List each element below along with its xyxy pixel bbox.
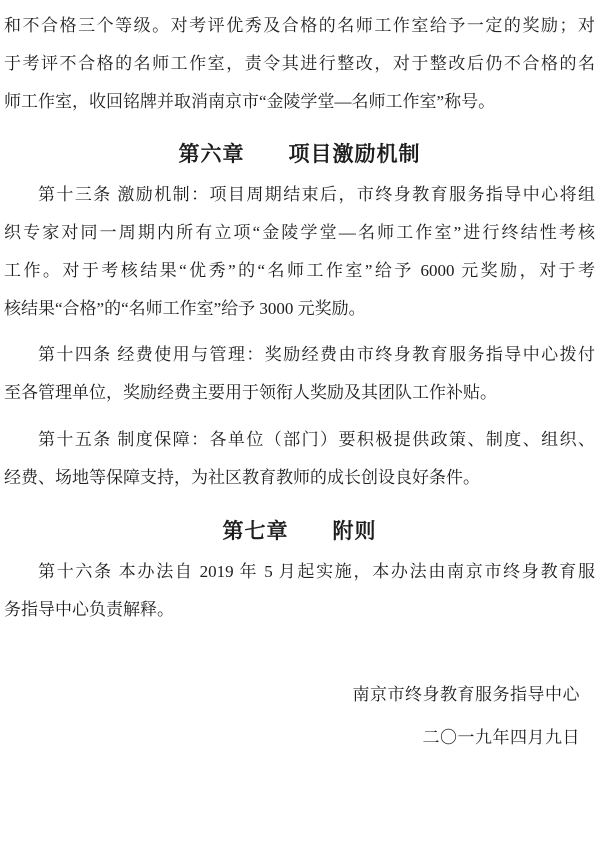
signature-org: 南京市终身教育服务指导中心	[4, 673, 580, 716]
paragraph-article-15: 第十五条 制度保障：各单位（部门）要积极提供政策、制度、组织、 经费、场地等保障…	[4, 421, 595, 497]
document-content: 和不合格三个等级。对考评优秀及合格的名师工作室给予一定的奖励；对 于考评不合格的…	[0, 0, 600, 759]
signature-date: 二〇一九年四月九日	[4, 716, 580, 759]
body-line: 第十六条 本办法自 2019 年 5 月起实施，本办法由南京市终身教育服	[4, 553, 595, 591]
body-line: 于考评不合格的名师工作室，责令其进行整改，对于整改后仍不合格的名	[4, 45, 595, 83]
paragraph-assessment-grades: 和不合格三个等级。对考评优秀及合格的名师工作室给予一定的奖励；对 于考评不合格的…	[4, 7, 595, 121]
body-line: 和不合格三个等级。对考评优秀及合格的名师工作室给予一定的奖励；对	[4, 7, 595, 45]
paragraph-article-14: 第十四条 经费使用与管理：奖励经费由市终身教育服务指导中心拨付 至各管理单位，奖…	[4, 336, 595, 412]
paragraph-article-16: 第十六条 本办法自 2019 年 5 月起实施，本办法由南京市终身教育服 务指导…	[4, 553, 595, 629]
signature-block: 南京市终身教育服务指导中心 二〇一九年四月九日	[4, 673, 595, 759]
chapter-6-heading: 第六章 项目激励机制	[4, 140, 595, 170]
body-line: 务指导中心负责解释。	[4, 591, 595, 629]
body-line: 师工作室，收回铭牌并取消南京市“金陵学堂—名师工作室”称号。	[4, 83, 595, 121]
body-line: 核结果“合格”的“名师工作室”给予 3000 元奖励。	[4, 290, 595, 328]
document-page: 和不合格三个等级。对考评优秀及合格的名师工作室给予一定的奖励；对 于考评不合格的…	[0, 0, 600, 848]
body-line: 第十四条 经费使用与管理：奖励经费由市终身教育服务指导中心拨付	[4, 336, 595, 374]
body-line: 第十三条 激励机制：项目周期结束后，市终身教育服务指导中心将组	[4, 176, 595, 214]
body-line: 经费、场地等保障支持，为社区教育教师的成长创设良好条件。	[4, 459, 595, 497]
body-line: 第十五条 制度保障：各单位（部门）要积极提供政策、制度、组织、	[4, 421, 595, 459]
paragraph-article-13: 第十三条 激励机制：项目周期结束后，市终身教育服务指导中心将组 织专家对同一周期…	[4, 176, 595, 328]
body-line: 至各管理单位，奖励经费主要用于领衔人奖励及其团队工作补贴。	[4, 374, 595, 412]
chapter-7-heading: 第七章 附则	[4, 517, 595, 547]
body-line: 织专家对同一周期内所有立项“金陵学堂—名师工作室”进行终结性考核	[4, 214, 595, 252]
body-line: 工作。对于考核结果“优秀”的“名师工作室”给予 6000 元奖励，对于考	[4, 252, 595, 290]
